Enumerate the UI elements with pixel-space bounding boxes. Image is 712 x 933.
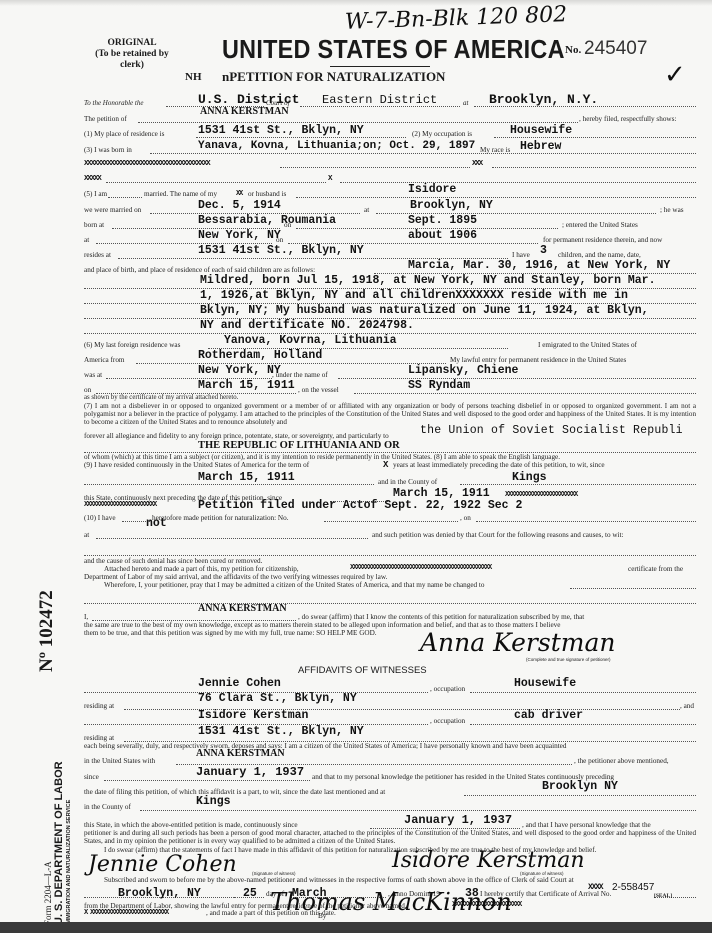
arrival-number: 2-558457 [612, 882, 654, 893]
label-at: at [84, 236, 89, 244]
label-residing-at: residing at [84, 702, 114, 710]
jurat-place: Brooklyn, NY [118, 887, 201, 900]
oath-text: , do swear (affirm) that I know the cont… [298, 613, 584, 621]
dotted-line [570, 588, 696, 589]
allegiance-paragraph: (7) I am not a disbeliever in or opposed… [84, 402, 696, 427]
naturalization-petition-page: W-7-Bn-Blk 120 802 ORIGINAL (To be retai… [0, 0, 712, 933]
label-resided: (9) I have resided continuously in the U… [84, 461, 309, 469]
spouse-residence: 1531 41st St., Bklyn, NY [198, 244, 364, 257]
marriage-place: Brooklyn, NY [410, 199, 493, 212]
entry-place: New York, NY [198, 364, 281, 377]
label-certificate: as shown by the certificate of my arriva… [84, 394, 238, 401]
dotted-line [464, 795, 696, 796]
children-line: Mildred, born Jul 15, 1918, at New York,… [200, 274, 655, 287]
label-county: and in the County of [378, 478, 437, 486]
oath-name: ANNA KERSTMAN [198, 603, 287, 614]
dotted-line [138, 122, 578, 123]
marriage-date: Dec. 5, 1914 [198, 199, 281, 212]
entry-date: March 15, 1911 [198, 379, 295, 392]
struck-text: XXXXX [84, 175, 101, 183]
original-note-2: clerk) [84, 60, 180, 71]
clerk-signature: Thomas MacKinnon [270, 888, 512, 916]
witness-2-signature: Isidore Kerstman [392, 848, 585, 873]
label-i-am: (5) I am [84, 190, 107, 198]
dotted-line [136, 363, 446, 364]
original-label-block: ORIGINAL (To be retained by clerk) [84, 38, 180, 71]
vessel-name: SS Ryndam [408, 379, 470, 392]
label-have: (10) I have [84, 514, 116, 522]
label-residence: (1) My place of residence is [84, 130, 164, 138]
label-at: at [364, 206, 369, 214]
jurat-text: Subscribed and sworn to before me by the… [104, 876, 574, 884]
label-on: , on [460, 514, 471, 522]
label-attached: Attached hereto and made a part of this,… [104, 565, 299, 573]
service-label: IMMIGRATION AND NATURALIZATION SERVICE [66, 800, 72, 925]
prefix-code: NH [185, 71, 202, 83]
label-entered: ; entered the United States [562, 221, 638, 229]
dotted-line [470, 692, 696, 693]
sovereignty-overtype: the Union of Soviet Socialist Republi [420, 424, 683, 437]
dotted-line [106, 182, 326, 183]
dotted-line [338, 378, 696, 379]
label-in-us-with: in the United States with [84, 757, 155, 765]
witness-1-residence: 76 Clara St., Bklyn, NY [198, 692, 357, 705]
dotted-line [196, 137, 406, 138]
label-lawful-entry: My lawful entry for permanent residence … [450, 356, 626, 364]
label-occupation: , occupation [430, 685, 465, 693]
struck-text: XXXXXXXXXXXXXXXXXXXXXXXXXXXXXXXXXXXXXX [84, 160, 209, 168]
label-children-list: and place of birth, and place of residen… [84, 266, 315, 274]
label-vessel: , on the vessel [298, 386, 339, 394]
dotted-line [470, 724, 696, 725]
title-underline [330, 66, 430, 67]
court-location: Brooklyn, N.Y. [489, 92, 598, 107]
department-label: U. S. DEPARTMENT OF LABOR [53, 761, 65, 925]
witness-1-name: Jennie Cohen [198, 677, 281, 690]
struck-text: XXX [472, 160, 482, 168]
county: Kings [512, 471, 547, 484]
label-filed: , hereby filed, respectfully shows: [579, 115, 676, 123]
label-born-in: (3) I was born in [84, 146, 132, 154]
affidavits-heading: AFFIDAVITS OF WITNESSES [298, 665, 427, 676]
document-title: UNITED STATES OF AMERICA [222, 34, 565, 65]
jurat-day: 25 [243, 887, 257, 900]
label-above: , the petitioner above mentioned, [574, 757, 669, 765]
struck-text: X [328, 175, 331, 183]
seal-label: [SEAL] [654, 893, 672, 899]
dotted-line [104, 780, 310, 781]
petitioner-name: ANNA KERSTMAN [200, 106, 289, 117]
label-children: children, and the name, date, [558, 251, 641, 259]
label-since: since [84, 773, 99, 781]
label-at: at [84, 531, 89, 539]
label-on: on [276, 236, 283, 244]
affidavit-county: Kings [196, 795, 231, 808]
original-note-1: (To be retained by [84, 49, 180, 60]
character-paragraph: petitioner is and during all such period… [84, 829, 696, 845]
dotted-line [84, 555, 696, 556]
dotted-line [492, 167, 696, 168]
dotted-line [354, 393, 696, 394]
label-permanent: for permanent residence therein, and now [543, 236, 662, 244]
entry-name: Lipansky, Chiene [408, 364, 518, 377]
label-honorable: To the Honorable the [84, 99, 143, 107]
known-since: January 1, 1937 [196, 765, 304, 779]
label-last-residence: (6) My last foreign residence was [84, 341, 180, 349]
label-on: on [84, 386, 91, 394]
struck-text: X [383, 460, 387, 470]
label-wherefore: Wherefore, I, your petitioner, pray that… [104, 581, 485, 589]
children-count: 3 [540, 244, 547, 257]
witness-1-occupation: Housewife [514, 677, 576, 690]
form-label: Form 2204—L-A [43, 861, 53, 925]
affidavit-state-since: January 1, 1937 [404, 813, 512, 827]
petitioner-signature: Anna Kerstman [420, 628, 615, 657]
children-line: Marcia, Mar. 30, 1916, at New York, NY [408, 259, 670, 272]
spouse-birthdate: Sept. 1895 [408, 214, 477, 227]
dotted-line [296, 197, 696, 198]
emigrated-from: Rotherdam, Holland [198, 349, 322, 362]
label-he-was: ; he was [660, 206, 684, 214]
number-prefix: No. [565, 44, 581, 56]
affidavit-petitioner-name: ANNA KERSTMAN [196, 748, 285, 759]
document-subtitle: nPETITION FOR NATURALIZATION [222, 69, 445, 85]
label-subject: of whom (which) at this time I am a subj… [84, 453, 560, 461]
children-line: Bklyn, NY; My husband was naturalized on… [200, 304, 649, 317]
label-and: , and [680, 702, 694, 710]
last-foreign-residence: Yanova, Kovrna, Lithuania [224, 334, 397, 347]
dotted-line [476, 521, 696, 522]
struck-text: X XXXXXXXXXXXXXXXXXXXXXXXXXX [84, 909, 168, 917]
struck-text: XXXXXXXXXXXXXXXXXXXXXXXX [505, 491, 577, 499]
label-heretofore: heretofore made petition for naturalizat… [152, 514, 289, 522]
spouse-name: Isidore [408, 183, 456, 196]
witness-2-occupation: cab driver [514, 709, 583, 722]
label-attached-2: Department of Labor of my said arrival, … [84, 573, 387, 581]
signature-caption: (Complete and true signature of petition… [526, 657, 611, 662]
label-resided-2: years at least immediately preceding the… [393, 461, 605, 469]
dotted-line [340, 182, 696, 183]
scan-bottom-edge [0, 922, 712, 933]
spouse-entry-date: about 1906 [408, 229, 477, 242]
witness-2-residence: 1531 41st St., Bklyn, NY [198, 725, 364, 738]
dotted-line [460, 484, 696, 485]
dotted-line [84, 603, 696, 604]
petitioner-birthplace: Yanava, Kovna, Lithuania;on; Oct. 29, 18… [198, 140, 475, 152]
petition-filed-overtype: Petition filed under Actof Sept. 22, 192… [198, 499, 522, 512]
label-under-name: , under the name of [272, 371, 328, 379]
label-sworn: each being severally, duly, and respecti… [84, 742, 566, 750]
oath-text: them to be true, and that this petition … [84, 629, 377, 637]
petition-number: 245407 [584, 38, 647, 60]
witness-2-name: Isidore Kerstman [198, 709, 308, 722]
label-attached-end: certificate from the [628, 565, 683, 573]
struck-text: XX [236, 190, 242, 198]
label-emigrated: I emigrated to the United States of [538, 341, 637, 349]
dotted-line [140, 810, 696, 811]
dotted-line [150, 153, 696, 154]
witness-1-signature: Jennie Cohen [88, 852, 237, 877]
children-line: 1, 1926,at Bklyn, NY and all childrenXXX… [200, 289, 628, 302]
dotted-line [108, 197, 142, 198]
affidavit-resided-at: Brooklyn NY [542, 780, 618, 793]
label-county: in the County of [84, 803, 131, 811]
original-label: ORIGINAL [84, 38, 180, 49]
dotted-line [84, 484, 374, 485]
label-residing-at: residing at [84, 734, 114, 742]
dotted-line [280, 167, 470, 168]
label-on: on [284, 221, 291, 229]
label-was-at: was at [84, 371, 102, 379]
children-line: NY and dertificate NO. 2024798. [200, 319, 414, 332]
label-personal: , and that I have personal knowledge tha… [522, 821, 651, 829]
dotted-line [96, 538, 368, 539]
label-race: My race is [480, 146, 510, 154]
side-number: Nº 102472 [36, 590, 58, 672]
label-petition-of: The petition of [84, 115, 127, 123]
spouse-birthplace: Bessarabia, Roumania [198, 214, 336, 227]
court-district: Eastern District [322, 93, 437, 107]
dotted-line [494, 137, 696, 138]
label-forever: forever all allegiance and fidelity to a… [84, 432, 389, 440]
struck-text: XXXXXXXXXXXXXXXXXXXXXXXXXXXXXXXXXXXXXXXX… [350, 564, 491, 572]
petitioner-occupation: Housewife [510, 124, 572, 137]
label-america-from: America from [84, 356, 125, 364]
petitioner-race: Hebrew [520, 140, 561, 153]
scan-top-edge [0, 0, 712, 6]
struck-text: XXXXXXXXXXXXXXXXXXXXXXXX [84, 501, 156, 509]
spouse-entry-place: New York, NY [198, 229, 281, 242]
label-occupation: (2) My occupation is [412, 130, 472, 138]
label-i: I, [84, 613, 88, 621]
handwritten-reference: W-7-Bn-Blk 120 802 [345, 2, 568, 35]
label-this-state: this State, in which the above-entitled … [84, 821, 298, 829]
label-born-at: born at [84, 221, 104, 229]
label-at: at [463, 99, 468, 107]
label-married: married. The name of my [144, 190, 217, 198]
label-occupation: , occupation [430, 717, 465, 725]
us-residence-since: March 15, 1911 [198, 471, 295, 484]
label-denied: and such petition was denied by that Cou… [372, 531, 624, 539]
label-resides-at: resides at [84, 251, 111, 259]
label-cured: and the cause of such denial has since b… [84, 557, 262, 565]
dotted-line [324, 521, 458, 522]
label-or-husband: or husband is [248, 190, 286, 198]
checkmark-icon: ✓ [664, 60, 686, 90]
label-i-have: I have [512, 251, 530, 259]
label-by: By [318, 912, 326, 920]
label-date-filing: the date of filing this petition, of whi… [84, 788, 385, 796]
label-married-on: we were married on [84, 206, 141, 214]
sovereignty: THE REPUBLIC OF LITHUANIA AND OR [198, 440, 400, 451]
petitioner-residence: 1531 41st St., Bklyn, NY [198, 124, 364, 137]
